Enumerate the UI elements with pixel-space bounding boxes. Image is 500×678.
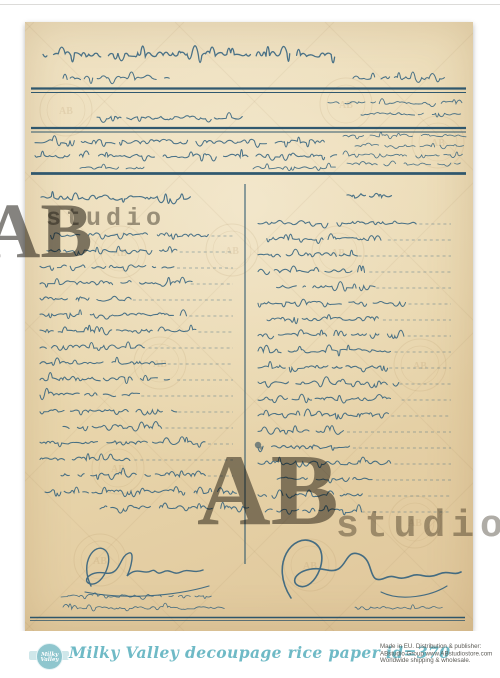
handwriting-ink-layer: ABABABABABABABABABABABAB — [25, 22, 473, 631]
publisher-info-line1: Made in EU. Distribution & publisher: — [380, 643, 485, 650]
publisher-info: Made in EU. Distribution & publisher: AB… — [380, 643, 485, 664]
top-divider-line — [0, 4, 500, 5]
badge-text-line1: Milky — [41, 653, 58, 656]
svg-text:AB: AB — [225, 246, 239, 257]
svg-text:AB: AB — [59, 106, 73, 117]
publisher-info-line3: Worldwide shipping & wholesale. — [380, 657, 485, 664]
document-scan: ABABABABABABABABABABABAB — [25, 22, 473, 631]
footer-bar: Milky Valley Milky Valley decoupage rice… — [0, 631, 500, 678]
svg-text:AB: AB — [93, 556, 107, 567]
publisher-info-line2: ABstudio Group www.ABstudiostore.com — [380, 650, 485, 657]
svg-text:AB: AB — [408, 518, 422, 529]
svg-text:AB: AB — [413, 361, 427, 372]
product-preview: ABABABABABABABABABABABAB AB studio AB st… — [0, 0, 500, 678]
badge-disc: Milky Valley — [36, 643, 63, 670]
milky-valley-badge-logo: Milky Valley — [33, 642, 65, 670]
badge-text-line2: Valley — [40, 658, 58, 661]
svg-text:AB: AB — [331, 248, 345, 259]
